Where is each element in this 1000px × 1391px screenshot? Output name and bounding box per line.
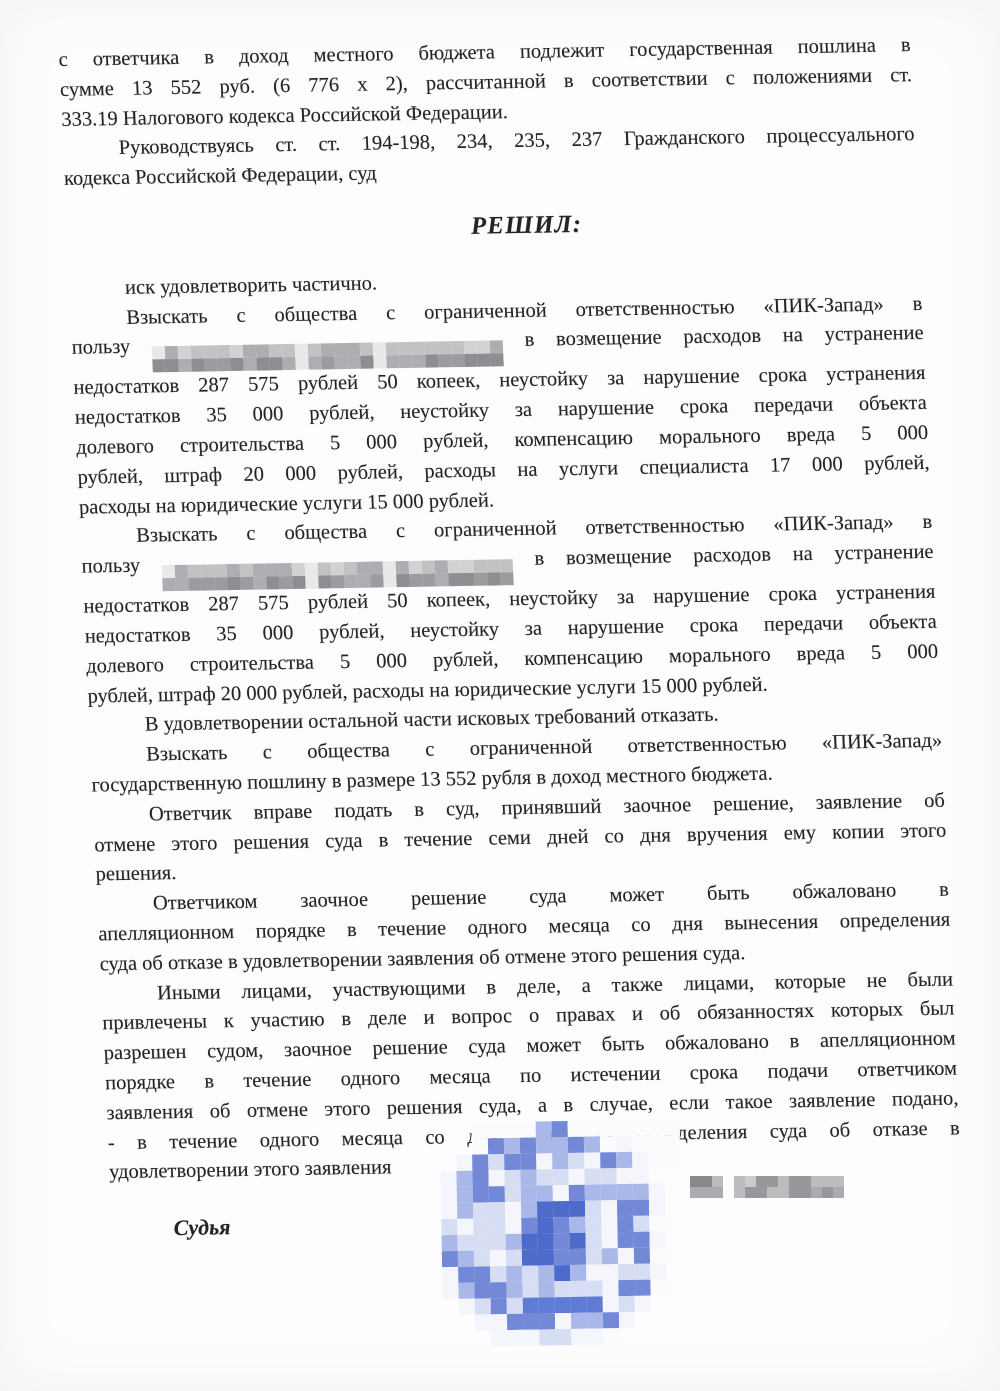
document-text: с ответчика в доход местного бюджета под… [58, 31, 964, 1246]
line-text: в возмещение расходов на устранение [502, 322, 924, 351]
court-stamp-area [0, 0, 1000, 9]
judge-label: Судья [173, 1214, 231, 1240]
scanned-court-decision-page: с ответчика в доход местного бюджета под… [0, 0, 1000, 1391]
intro-paragraphs: с ответчика в доход местного бюджета под… [58, 31, 917, 195]
ruling-paragraphs: иск удовлетворить частично.Взыскать с об… [68, 260, 961, 1189]
judge-signature-redacted [690, 1176, 844, 1198]
line-text: в возмещение расходов на устранение [512, 541, 934, 570]
court-stamp-pixelated [440, 1118, 716, 1347]
line-text: пользу [81, 554, 162, 577]
line-text: пользу [71, 336, 152, 359]
resolution-heading: РЕШИЛ: [100, 203, 953, 248]
